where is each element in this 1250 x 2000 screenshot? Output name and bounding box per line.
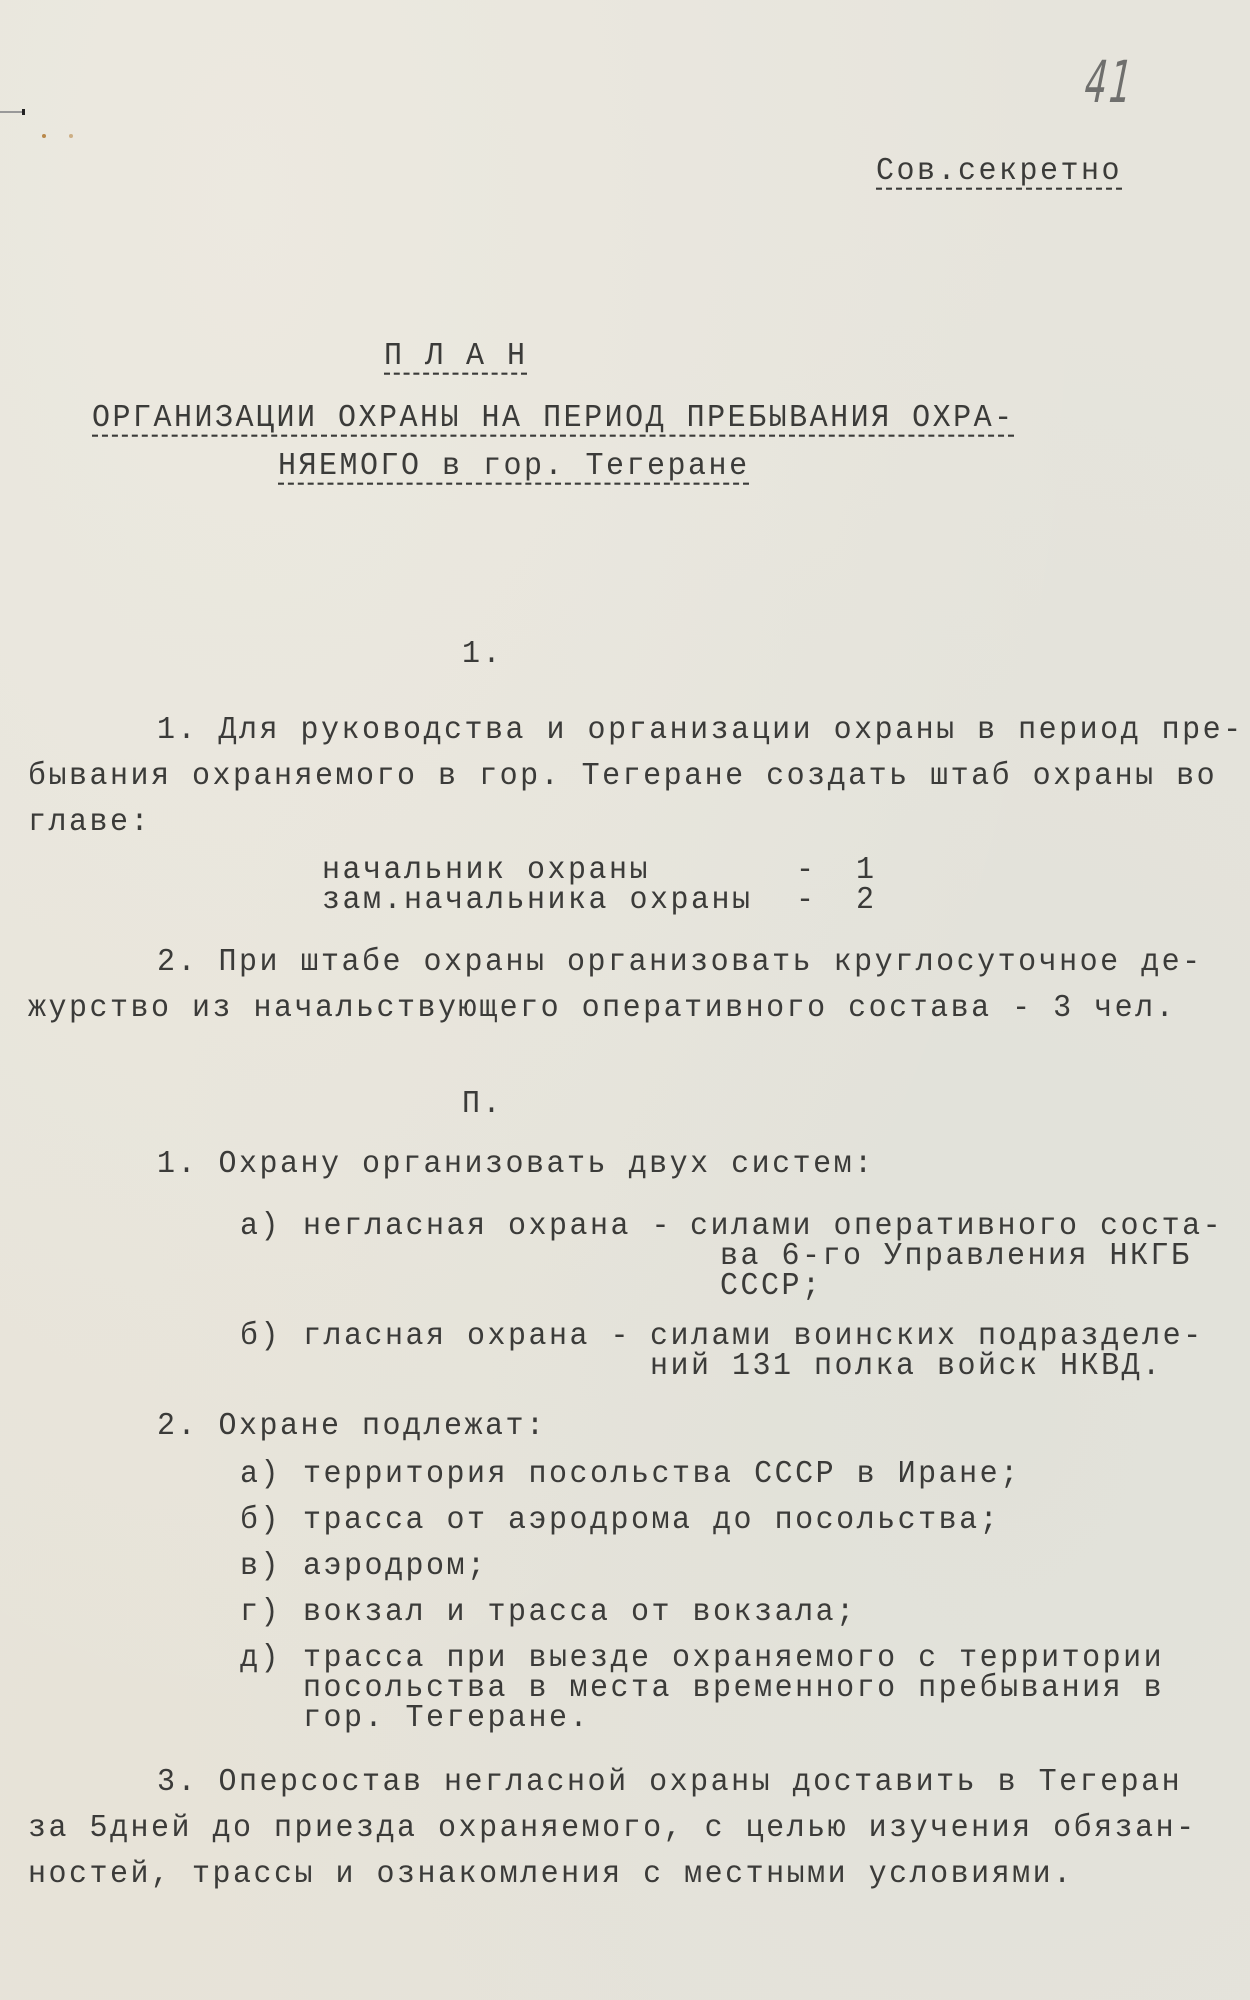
paper-speck (69, 134, 73, 138)
paper-speck (42, 134, 46, 138)
paragraph-line: 2. При штабе охраны организовать круглос… (157, 944, 1203, 982)
item-marker: в) (240, 1548, 281, 1586)
paragraph-line: ностей, трассы и ознакомления с местными… (28, 1856, 1074, 1894)
document-heading: П Л А Н (384, 338, 528, 376)
section-number: 1. (462, 636, 503, 674)
staff-count: 2 (856, 882, 877, 920)
paragraph-line: 3. Оперсостав негласной охраны доставить… (157, 1764, 1182, 1802)
item-line: гор. Тегеране. (303, 1700, 590, 1738)
item-label: гласная охрана - (303, 1318, 631, 1356)
margin-mark (0, 111, 22, 113)
classification-label: Сов.секретно (876, 153, 1122, 191)
item-marker: б) (240, 1502, 281, 1540)
paragraph-line: за 5дней до приезда охраняемого, с целью… (28, 1810, 1197, 1848)
paragraph-line: 2. Охране подлежат: (157, 1408, 547, 1446)
item-marker: а) (240, 1208, 281, 1246)
item-label: негласная охрана - (303, 1208, 672, 1246)
item-line: территория посольства СССР в Иране; (303, 1456, 1021, 1494)
item-marker: г) (240, 1594, 281, 1632)
margin-mark-dot (22, 109, 25, 115)
section-number: П. (462, 1086, 503, 1124)
document-title-line-1: ОРГАНИЗАЦИИ ОХРАНЫ НА ПЕРИОД ПРЕБЫВАНИЯ … (92, 400, 1015, 438)
item-line: ний 131 полка войск НКВД. (650, 1348, 1163, 1386)
paragraph-line: бывания охраняемого в гор. Тегеране созд… (28, 758, 1217, 796)
item-line: СССР; (720, 1268, 823, 1306)
paragraph-line: журство из начальствующего оперативного … (28, 990, 1176, 1028)
item-marker: д) (240, 1640, 281, 1678)
item-marker: б) (240, 1318, 281, 1356)
paragraph-line: 1. Для руководства и организации охраны … (157, 712, 1244, 750)
document-title-line-2: НЯЕМОГО в гор. Тегеране (278, 448, 750, 486)
paragraph-line: 1. Охрану организовать двух систем: (157, 1146, 875, 1184)
paragraph-line: главе: (28, 804, 151, 842)
item-line: вокзал и трасса от вокзала; (303, 1594, 857, 1632)
staff-role: зам.начальника охраны (322, 882, 753, 920)
staff-dash: - (796, 882, 817, 920)
item-marker: а) (240, 1456, 281, 1494)
item-line: трасса от аэродрома до посольства; (303, 1502, 1000, 1540)
item-line: аэродром; (303, 1548, 488, 1586)
archive-page-number: 41 (1082, 48, 1137, 116)
